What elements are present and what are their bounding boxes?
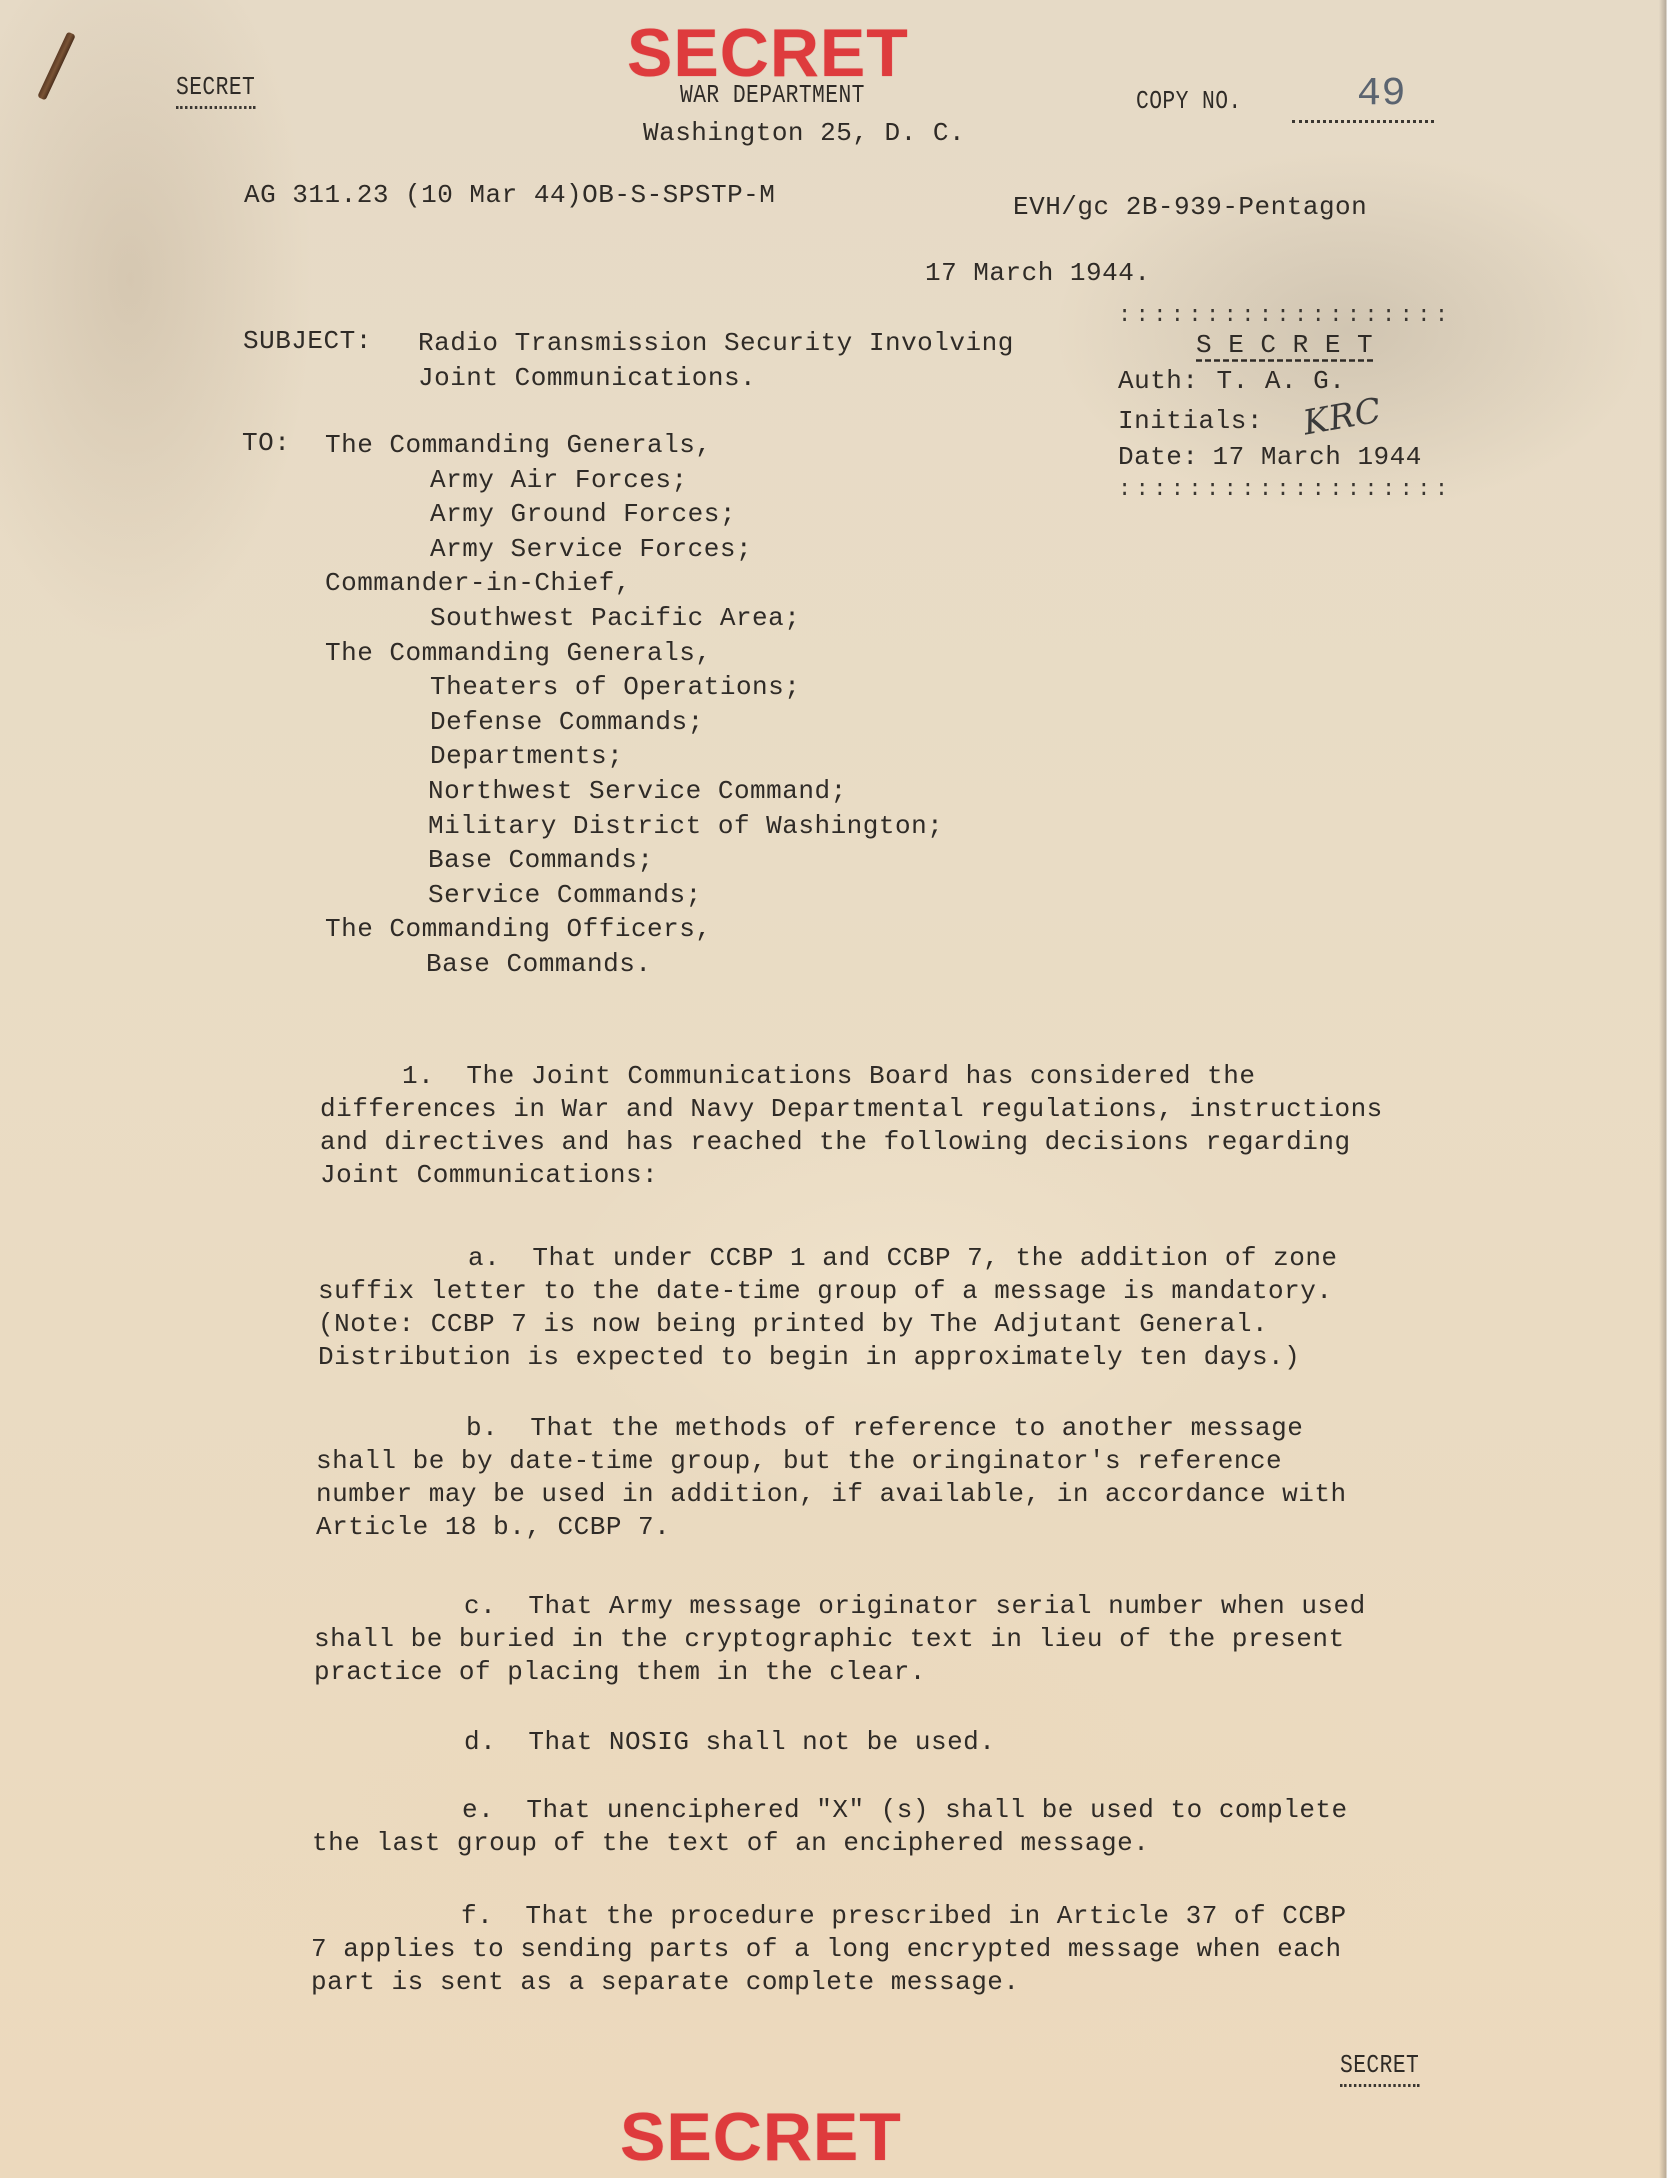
item-line: 7 applies to sending parts of a long enc… — [311, 1933, 1347, 1966]
classification-box-title: S E C R E T — [1118, 327, 1488, 363]
subject-line: Joint Communications. — [418, 361, 1014, 396]
initials-label: Initials: — [1118, 406, 1263, 436]
classification-left: SECRET — [176, 72, 255, 109]
addressee-line: Army Ground Forces; — [325, 497, 943, 532]
addressee-line: Military District of Washington; — [325, 809, 943, 844]
document-date: 17 March 1944. — [925, 258, 1150, 288]
addressee-line: Army Service Forces; — [325, 532, 943, 567]
addressee-line: Army Air Forces; — [325, 463, 943, 498]
item-d: d. That NOSIG shall not be used. — [314, 1726, 995, 1759]
addressee-line: Base Commands. — [325, 947, 943, 982]
item-line: part is sent as a separate complete mess… — [311, 1966, 1347, 1999]
item-b: b. That the methods of reference to anot… — [316, 1412, 1347, 1544]
auth-value: T. A. G. — [1199, 366, 1346, 396]
date-value: 17 March 1944 — [1199, 442, 1422, 472]
to-label: TO: — [242, 428, 290, 458]
item-line: shall be by date-time group, but the ori… — [316, 1445, 1347, 1478]
copy-number-field: 49 — [1292, 70, 1434, 123]
classification-box: ::::::::::::::::::: S E C R E T Auth:T. … — [1118, 305, 1488, 501]
bottom-secret-stamp: SECRET — [620, 2098, 902, 2176]
item-line: Article 18 b., CCBP 7. — [316, 1511, 1347, 1544]
item-e: e. That unenciphered "X" (s) shall be us… — [312, 1794, 1348, 1860]
item-line: d. That NOSIG shall not be used. — [314, 1726, 995, 1759]
item-line: a. That under CCBP 1 and CCBP 7, the add… — [318, 1242, 1338, 1275]
addressee-line: Defense Commands; — [325, 705, 943, 740]
item-line: the last group of the text of an enciphe… — [312, 1827, 1348, 1860]
classification-right: SECRET — [1340, 2050, 1419, 2087]
addressee-line: The Commanding Officers, — [325, 912, 943, 947]
subject-line: Radio Transmission Security Involving — [418, 326, 1014, 361]
date-label: Date: — [1118, 442, 1199, 472]
item-line: b. That the methods of reference to anot… — [316, 1412, 1347, 1445]
item-line: c. That Army message originator serial n… — [314, 1590, 1366, 1623]
addressee-line: The Commanding Generals, — [325, 636, 943, 671]
item-line: practice of placing them in the clear. — [314, 1656, 1366, 1689]
department-location: Washington 25, D. C. — [643, 118, 965, 148]
copy-number-value: 49 — [1357, 72, 1406, 117]
department-name: WAR DEPARTMENT — [680, 80, 865, 110]
item-c: c. That Army message originator serial n… — [314, 1590, 1366, 1689]
item-line: (Note: CCBP 7 is now being printed by Th… — [318, 1308, 1338, 1341]
copy-number-label: COPY NO. — [1136, 86, 1242, 116]
paragraph-line: 1. The Joint Communications Board has co… — [320, 1060, 1383, 1093]
item-line: number may be used in addition, if avail… — [316, 1478, 1347, 1511]
addressee-line: Northwest Service Command; — [325, 774, 943, 809]
date-row: Date:17 March 1944 — [1118, 439, 1488, 475]
auth-label: Auth: — [1118, 366, 1199, 396]
initials-signature: KRC — [1300, 392, 1384, 441]
item-line: Distribution is expected to begin in app… — [318, 1341, 1338, 1374]
paragraph-line: Joint Communications: — [320, 1159, 1383, 1192]
item-line: f. That the procedure prescribed in Arti… — [311, 1900, 1347, 1933]
item-line: e. That unenciphered "X" (s) shall be us… — [312, 1794, 1348, 1827]
paragraph-1: 1. The Joint Communications Board has co… — [320, 1060, 1383, 1192]
office-reference: EVH/gc 2B-939-Pentagon — [1013, 192, 1367, 222]
paper-right-edge — [1659, 0, 1671, 2178]
file-reference: AG 311.23 (10 Mar 44)OB-S-SPSTP-M — [244, 180, 775, 210]
item-f: f. That the procedure prescribed in Arti… — [311, 1900, 1347, 1999]
initials-row: Initials:KRC — [1118, 399, 1488, 439]
item-line: suffix letter to the date-time group of … — [318, 1275, 1338, 1308]
auth-row: Auth:T. A. G. — [1118, 363, 1488, 399]
subject-text: Radio Transmission Security Involving Jo… — [418, 326, 1014, 396]
staple-mark — [37, 31, 76, 100]
addressee-line: Southwest Pacific Area; — [325, 601, 943, 636]
addressee-list: The Commanding Generals, Army Air Forces… — [325, 428, 943, 982]
dots-bottom: ::::::::::::::::::: — [1118, 479, 1488, 501]
item-line: shall be buried in the cryptographic tex… — [314, 1623, 1366, 1656]
subject-label: SUBJECT: — [243, 326, 372, 356]
addressee-line: Service Commands; — [325, 878, 943, 913]
addressee-line: Base Commands; — [325, 843, 943, 878]
paragraph-line: differences in War and Navy Departmental… — [320, 1093, 1383, 1126]
addressee-line: Departments; — [325, 739, 943, 774]
addressee-line: Theaters of Operations; — [325, 670, 943, 705]
addressee-line: The Commanding Generals, — [325, 428, 943, 463]
addressee-line: Commander-in-Chief, — [325, 566, 943, 601]
item-a: a. That under CCBP 1 and CCBP 7, the add… — [318, 1242, 1338, 1374]
dots-top: ::::::::::::::::::: — [1118, 305, 1488, 327]
paragraph-line: and directives and has reached the follo… — [320, 1126, 1383, 1159]
